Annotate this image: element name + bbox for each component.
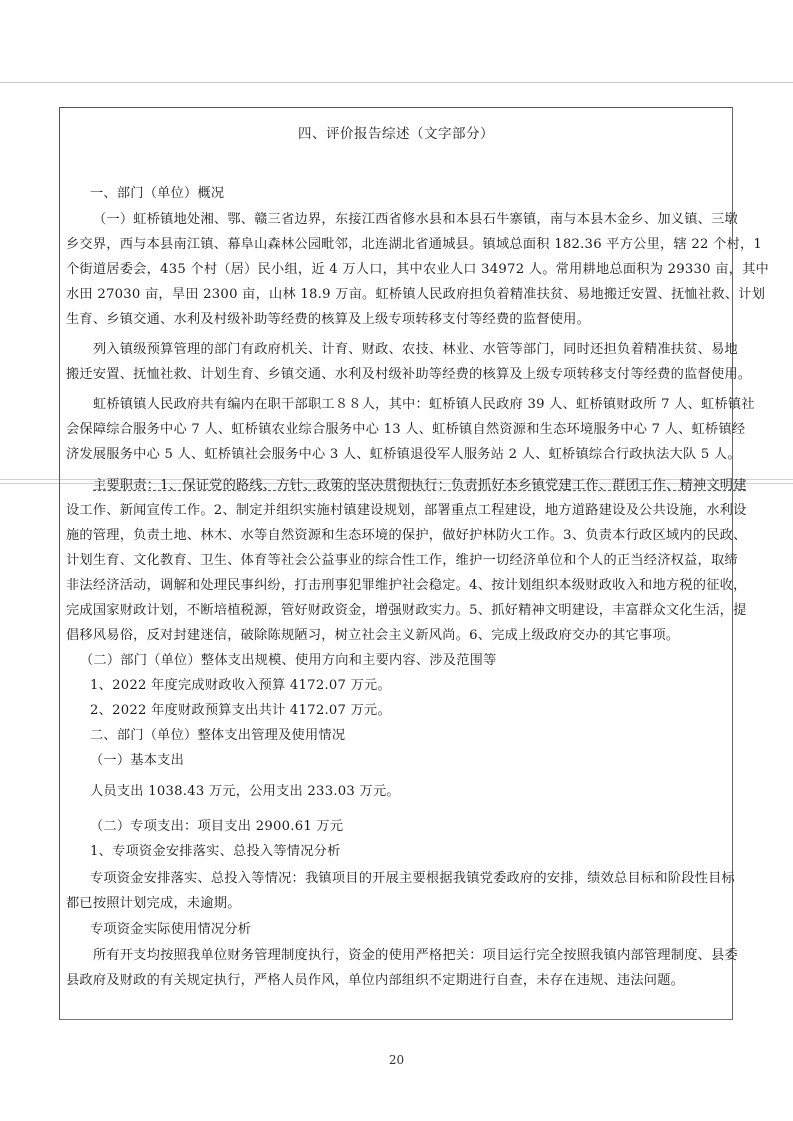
- paragraph-line: （一）虹桥镇地处湘、鄂、赣三省边界，东接江西省修水县和本县石牛寨镇，南与本县木金…: [93, 210, 738, 230]
- paragraph-line: 会保障综合服务中心 7 人、虹桥镇农业综合服务中心 13 人、虹桥镇自然资源和生…: [66, 420, 745, 440]
- paragraph-line: 虹桥镇镇人民政府共有编内在职干部职工８８人，其中：虹桥镇人民政府 39 人、虹桥…: [93, 395, 755, 415]
- section-heading-overview: 一、部门（单位）概况: [90, 184, 224, 204]
- paragraph-line: 施的管理，负责土地、林木、水等自然资源和生态环境的保护，做好护林防火工作。3、负…: [66, 526, 747, 546]
- paragraph-line: 都已按照计划完成，未逾期。: [66, 894, 241, 914]
- report-frame: 四、评价报告综述（文字部分） 一、部门（单位）概况 （一）虹桥镇地处湘、鄂、赣三…: [59, 107, 733, 1020]
- paragraph-line: 倡移风易俗，反对封建迷信，破除陈规陋习，树立社会主义新风尚。6、完成上级政府交办…: [66, 626, 679, 646]
- paragraph-line: 1、2022 年度完成财政收入预算 4172.07 万元。: [90, 676, 391, 696]
- page-number: 20: [0, 1053, 793, 1067]
- paragraph-line-duties: 主要职责：1、保证党的路线、方针、政策的坚决贯彻执行；负责抓好本乡镇党建工作、群…: [93, 476, 747, 496]
- paragraph-line: 济发展服务中心 5 人、虹桥镇社会服务中心 3 人、虹桥镇退役军人服务站 2 人…: [66, 445, 741, 465]
- subsection-heading: 专项资金实际使用情况分析: [90, 920, 251, 940]
- subsection-heading: 1、专项资金安排落实、总投入等情况分析: [90, 842, 341, 862]
- document-title: 四、评价报告综述（文字部分）: [60, 122, 732, 142]
- paragraph-line: 设工作、新闻宣传工作。2、制定并组织实施村镇建设规划，部署重点工程建设，地方道路…: [66, 501, 747, 521]
- paragraph-line: 搬迁安置、抚恤社救、计划生育、乡镇交通、水利及村级补助等经费的核算及上级专项转移…: [66, 365, 751, 385]
- paragraph-line: 水田 27030 亩，旱田 2300 亩，山林 18.9 万亩。虹桥镇人民政府担…: [66, 285, 765, 305]
- section-heading-expenditure: 二、部门（单位）整体支出管理及使用情况: [90, 726, 345, 746]
- paragraph-line: 人员支出 1038.43 万元，公用支出 233.03 万元。: [90, 782, 400, 802]
- paragraph-line: 列入镇级预算管理的部门有政府机关、计育、财政、农技、林业、水管等部门，同时还担负…: [93, 340, 738, 360]
- paragraph-line: 计划生育、文化教育、卫生、体育等社会公益事业的综合性工作，维护一切经济单位和个人…: [66, 551, 738, 571]
- paragraph-line: 完成国家财政计划，不断培植税源，管好财政资金，增强财政实力。5、抓好精神文明建设…: [66, 601, 747, 621]
- paragraph-line: 县政府及财政的有关规定执行，严格人员作风，单位内部组织不定期进行自查，未存在违规…: [66, 971, 684, 991]
- subsection-heading: （一）基本支出: [90, 751, 184, 771]
- subsection-heading: （二）部门（单位）整体支出规模、使用方向和主要内容、涉及范围等: [80, 651, 497, 671]
- subsection-heading: （二）专项支出：项目支出 2900.61 万元: [90, 817, 343, 837]
- paragraph-line: 专项资金安排落实、总投入等情况：我镇项目的开展主要根据我镇党委政府的安排，绩效总…: [90, 869, 735, 889]
- paragraph-line: 非法经济活动，调解和处理民事纠纷，打击刑事犯罪维护社会稳定。4、按计划组织本级财…: [66, 576, 747, 596]
- paragraph-line: 个街道居委会，435 个村（居）民小组，近 4 万人口，其中农业人口 34972…: [66, 260, 769, 280]
- paragraph-line: 乡交界，西与本县南江镇、幕阜山森林公园毗邻，北连湖北省通城县。镇域总面积 182…: [66, 235, 762, 255]
- paragraph-line: 2、2022 年度财政预算支出共计 4172.07 万元。: [90, 701, 391, 721]
- paragraph-line: 所有开支均按照我单位财务管理制度执行，资金的使用严格把关：项目运行完全按照我镇内…: [93, 946, 738, 966]
- page-top-rule: [0, 82, 793, 83]
- paragraph-line: 生育、乡镇交通、水利及村级补助等经费的核算及上级专项转移支付等经费的监督使用。: [66, 310, 590, 330]
